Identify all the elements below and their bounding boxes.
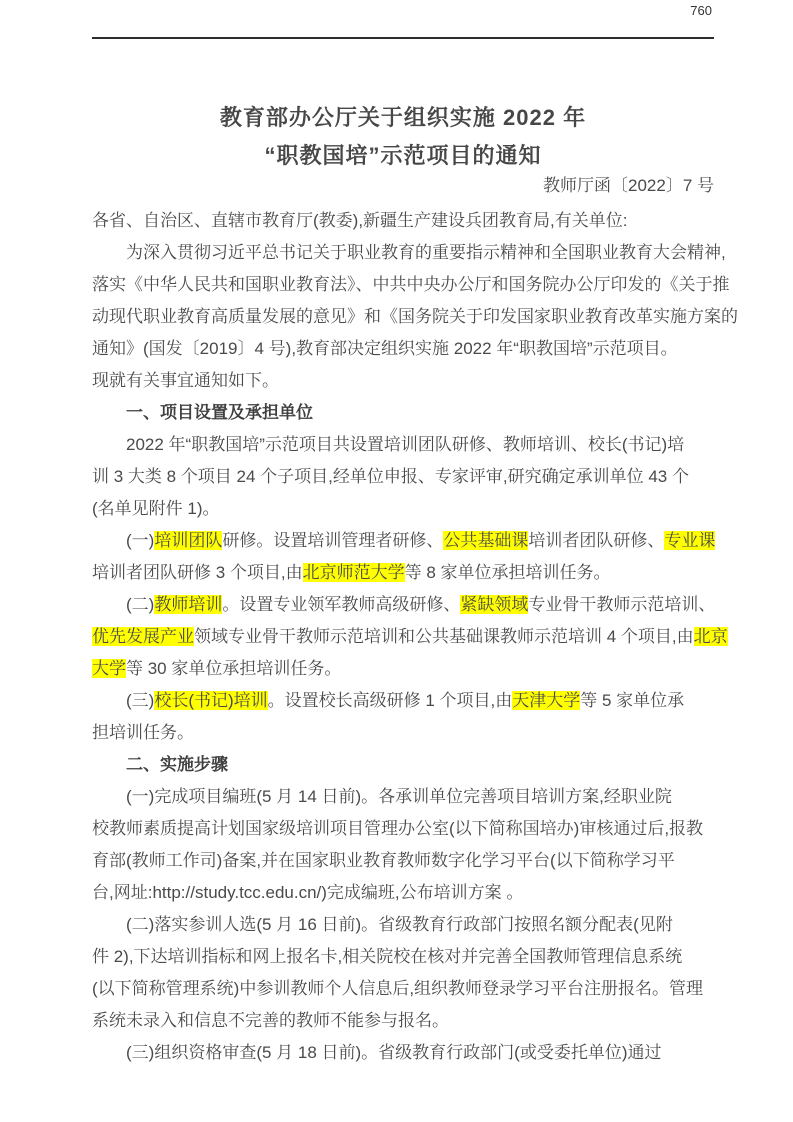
text-line: 落实《中华人民共和国职业教育法》、中共中央办公厅和国务院办公厅印发的《关于推 [92,269,722,301]
document-title: 教育部办公厅关于组织实施 2022 年 “职教国培”示范项目的通知 [92,99,714,175]
highlighted-text: 大学 [92,659,126,678]
text-line: 培训者团队研修 3 个项目,由北京师范大学等 8 家单位承担培训任务。 [92,557,722,589]
text-line: 台,网址:http://study.tcc.edu.cn/)完成编班,公布培训方… [92,877,722,909]
text-line: (二)教师培训。设置专业领军教师高级研修、紧缺领域专业骨干教师示范培训、 [92,589,722,621]
text-segment: 担培训任务。 [92,723,194,742]
text-segment: (二)落实参训人选(5 月 16 日前)。省级教育行政部门按照名额分配表(见附 [126,915,673,934]
text-segment: 。设置校长高级研修 1 个项目,由 [268,691,513,710]
highlighted-text: 公共基础课 [443,531,528,550]
text-line: 通知》(国发〔2019〕4 号),教育部决定组织实施 2022 年“职教国培”示… [92,333,722,365]
text-line: 系统未录入和信息不完善的教师不能参与报名。 [92,1005,722,1037]
text-segment: 一、项目设置及承担单位 [126,403,313,422]
text-segment: 二、实施步骤 [126,755,228,774]
section-heading-line: 二、实施步骤 [92,749,722,781]
text-segment: 研修。设置培训管理者研修、 [222,531,443,550]
body-lines: 各省、自治区、直辖市教育厅(教委),新疆生产建设兵团教育局,有关单位:为深入贯彻… [92,205,722,1069]
text-segment: 现就有关事宜通知如下。 [92,371,279,390]
text-segment: 系统未录入和信息不完善的教师不能参与报名。 [92,1011,449,1030]
text-line: (一)完成项目编班(5 月 14 日前)。各承训单位完善项目培训方案,经职业院 [92,781,722,813]
text-line: 优先发展产业领域专业骨干教师示范培训和公共基础课教师示范培训 4 个项目,由北京 [92,621,722,653]
text-line: 各省、自治区、直辖市教育厅(教委),新疆生产建设兵团教育局,有关单位: [92,205,722,237]
text-segment: 校教师素质提高计划国家级培训项目管理办公室(以下简称国培办)审核通过后,报教 [92,819,703,838]
text-line: 为深入贯彻习近平总书记关于职业教育的重要指示精神和全国职业教育大会精神, [92,237,722,269]
text-segment: (三) [126,691,154,710]
highlighted-text: 紧缺领域 [460,595,528,614]
highlighted-text: 优先发展产业 [92,627,194,646]
text-line: 现就有关事宜通知如下。 [92,365,722,397]
highlighted-text: 培训团队 [154,531,222,550]
text-segment: 通知》(国发〔2019〕4 号),教育部决定组织实施 2022 年“职教国培”示… [92,339,678,358]
text-segment: 培训者团队研修、 [528,531,664,550]
text-segment: 台,网址:http://study.tcc.edu.cn/)完成编班,公布培训方… [92,883,523,902]
document-title-line1: 教育部办公厅关于组织实施 2022 年 [92,99,714,137]
highlighted-text: 专业课 [664,531,715,550]
text-segment: (名单见附件 1)。 [92,499,220,518]
text-segment: 等 5 家单位承 [580,691,684,710]
text-segment: 领域专业骨干教师示范培训和公共基础课教师示范培训 4 个项目,由 [194,627,694,646]
text-segment: 等 8 家单位承担培训任务。 [405,563,611,582]
text-segment: 落实《中华人民共和国职业教育法》、中共中央办公厅和国务院办公厅印发的《关于推 [92,275,730,294]
text-segment: 件 2),下达培训指标和网上报名卡,相关院校在核对并完善全国教师管理信息系统 [92,947,682,966]
highlighted-text: 天津大学 [512,691,580,710]
highlighted-text: 校长(书记)培训 [154,691,267,710]
text-segment: 育部(教师工作司)备案,并在国家职业教育教师数字化学习平台(以下简称学习平 [92,851,675,870]
text-segment: 等 30 家单位承担培训任务。 [126,659,341,678]
highlighted-text: 北京 [694,627,728,646]
text-line: (三)校长(书记)培训。设置校长高级研修 1 个项目,由天津大学等 5 家单位承 [92,685,722,717]
text-line: 校教师素质提高计划国家级培训项目管理办公室(以下简称国培办)审核通过后,报教 [92,813,722,845]
document-number: 教师厅函〔2022〕7 号 [92,170,714,202]
text-line: (名单见附件 1)。 [92,493,722,525]
text-line: 动现代职业教育高质量发展的意见》和《国务院关于印发国家职业教育改革实施方案的 [92,301,722,333]
text-segment: 培训者团队研修 3 个项目,由 [92,563,303,582]
text-segment: 。设置专业领军教师高级研修、 [222,595,460,614]
header-rule [92,37,714,39]
text-segment: (三)组织资格审查(5 月 18 日前)。省级教育行政部门(或受委托单位)通过 [126,1043,662,1062]
text-segment: 动现代职业教育高质量发展的意见》和《国务院关于印发国家职业教育改革实施方案的 [92,307,738,326]
text-segment: (一) [126,531,154,550]
highlighted-text: 教师培训 [154,595,222,614]
highlighted-text: 北京师范大学 [303,563,405,582]
text-line: (一)培训团队研修。设置培训管理者研修、公共基础课培训者团队研修、专业课 [92,525,722,557]
text-line: 担培训任务。 [92,717,722,749]
text-line: 2022 年“职教国培”示范项目共设置培训团队研修、教师培训、校长(书记)培 [92,429,722,461]
text-segment: 为深入贯彻习近平总书记关于职业教育的重要指示精神和全国职业教育大会精神, [126,243,726,262]
text-segment: (二) [126,595,154,614]
text-segment: 专业骨干教师示范培训、 [528,595,715,614]
text-segment: (以下简称管理系统)中参训教师个人信息后,组织教师登录学习平台注册报名。管理 [92,979,703,998]
page-number: 760 [690,3,712,18]
text-line: 大学等 30 家单位承担培训任务。 [92,653,722,685]
text-line: 件 2),下达培训指标和网上报名卡,相关院校在核对并完善全国教师管理信息系统 [92,941,722,973]
text-segment: 各省、自治区、直辖市教育厅(教委),新疆生产建设兵团教育局,有关单位: [92,211,628,230]
text-segment: 训 3 大类 8 个项目 24 个子项目,经单位申报、专家评审,研究确定承训单位… [92,467,689,486]
text-line: (二)落实参训人选(5 月 16 日前)。省级教育行政部门按照名额分配表(见附 [92,909,722,941]
text-line: 育部(教师工作司)备案,并在国家职业教育教师数字化学习平台(以下简称学习平 [92,845,722,877]
text-line: 训 3 大类 8 个项目 24 个子项目,经单位申报、专家评审,研究确定承训单位… [92,461,722,493]
text-segment: (一)完成项目编班(5 月 14 日前)。各承训单位完善项目培训方案,经职业院 [126,787,672,806]
document-page: 760 教育部办公厅关于组织实施 2022 年 “职教国培”示范项目的通知 教师… [0,0,793,1122]
text-line: (以下简称管理系统)中参训教师个人信息后,组织教师登录学习平台注册报名。管理 [92,973,722,1005]
text-segment: 2022 年“职教国培”示范项目共设置培训团队研修、教师培训、校长(书记)培 [126,435,684,454]
section-heading-line: 一、项目设置及承担单位 [92,397,722,429]
text-line: (三)组织资格审查(5 月 18 日前)。省级教育行政部门(或受委托单位)通过 [92,1037,722,1069]
